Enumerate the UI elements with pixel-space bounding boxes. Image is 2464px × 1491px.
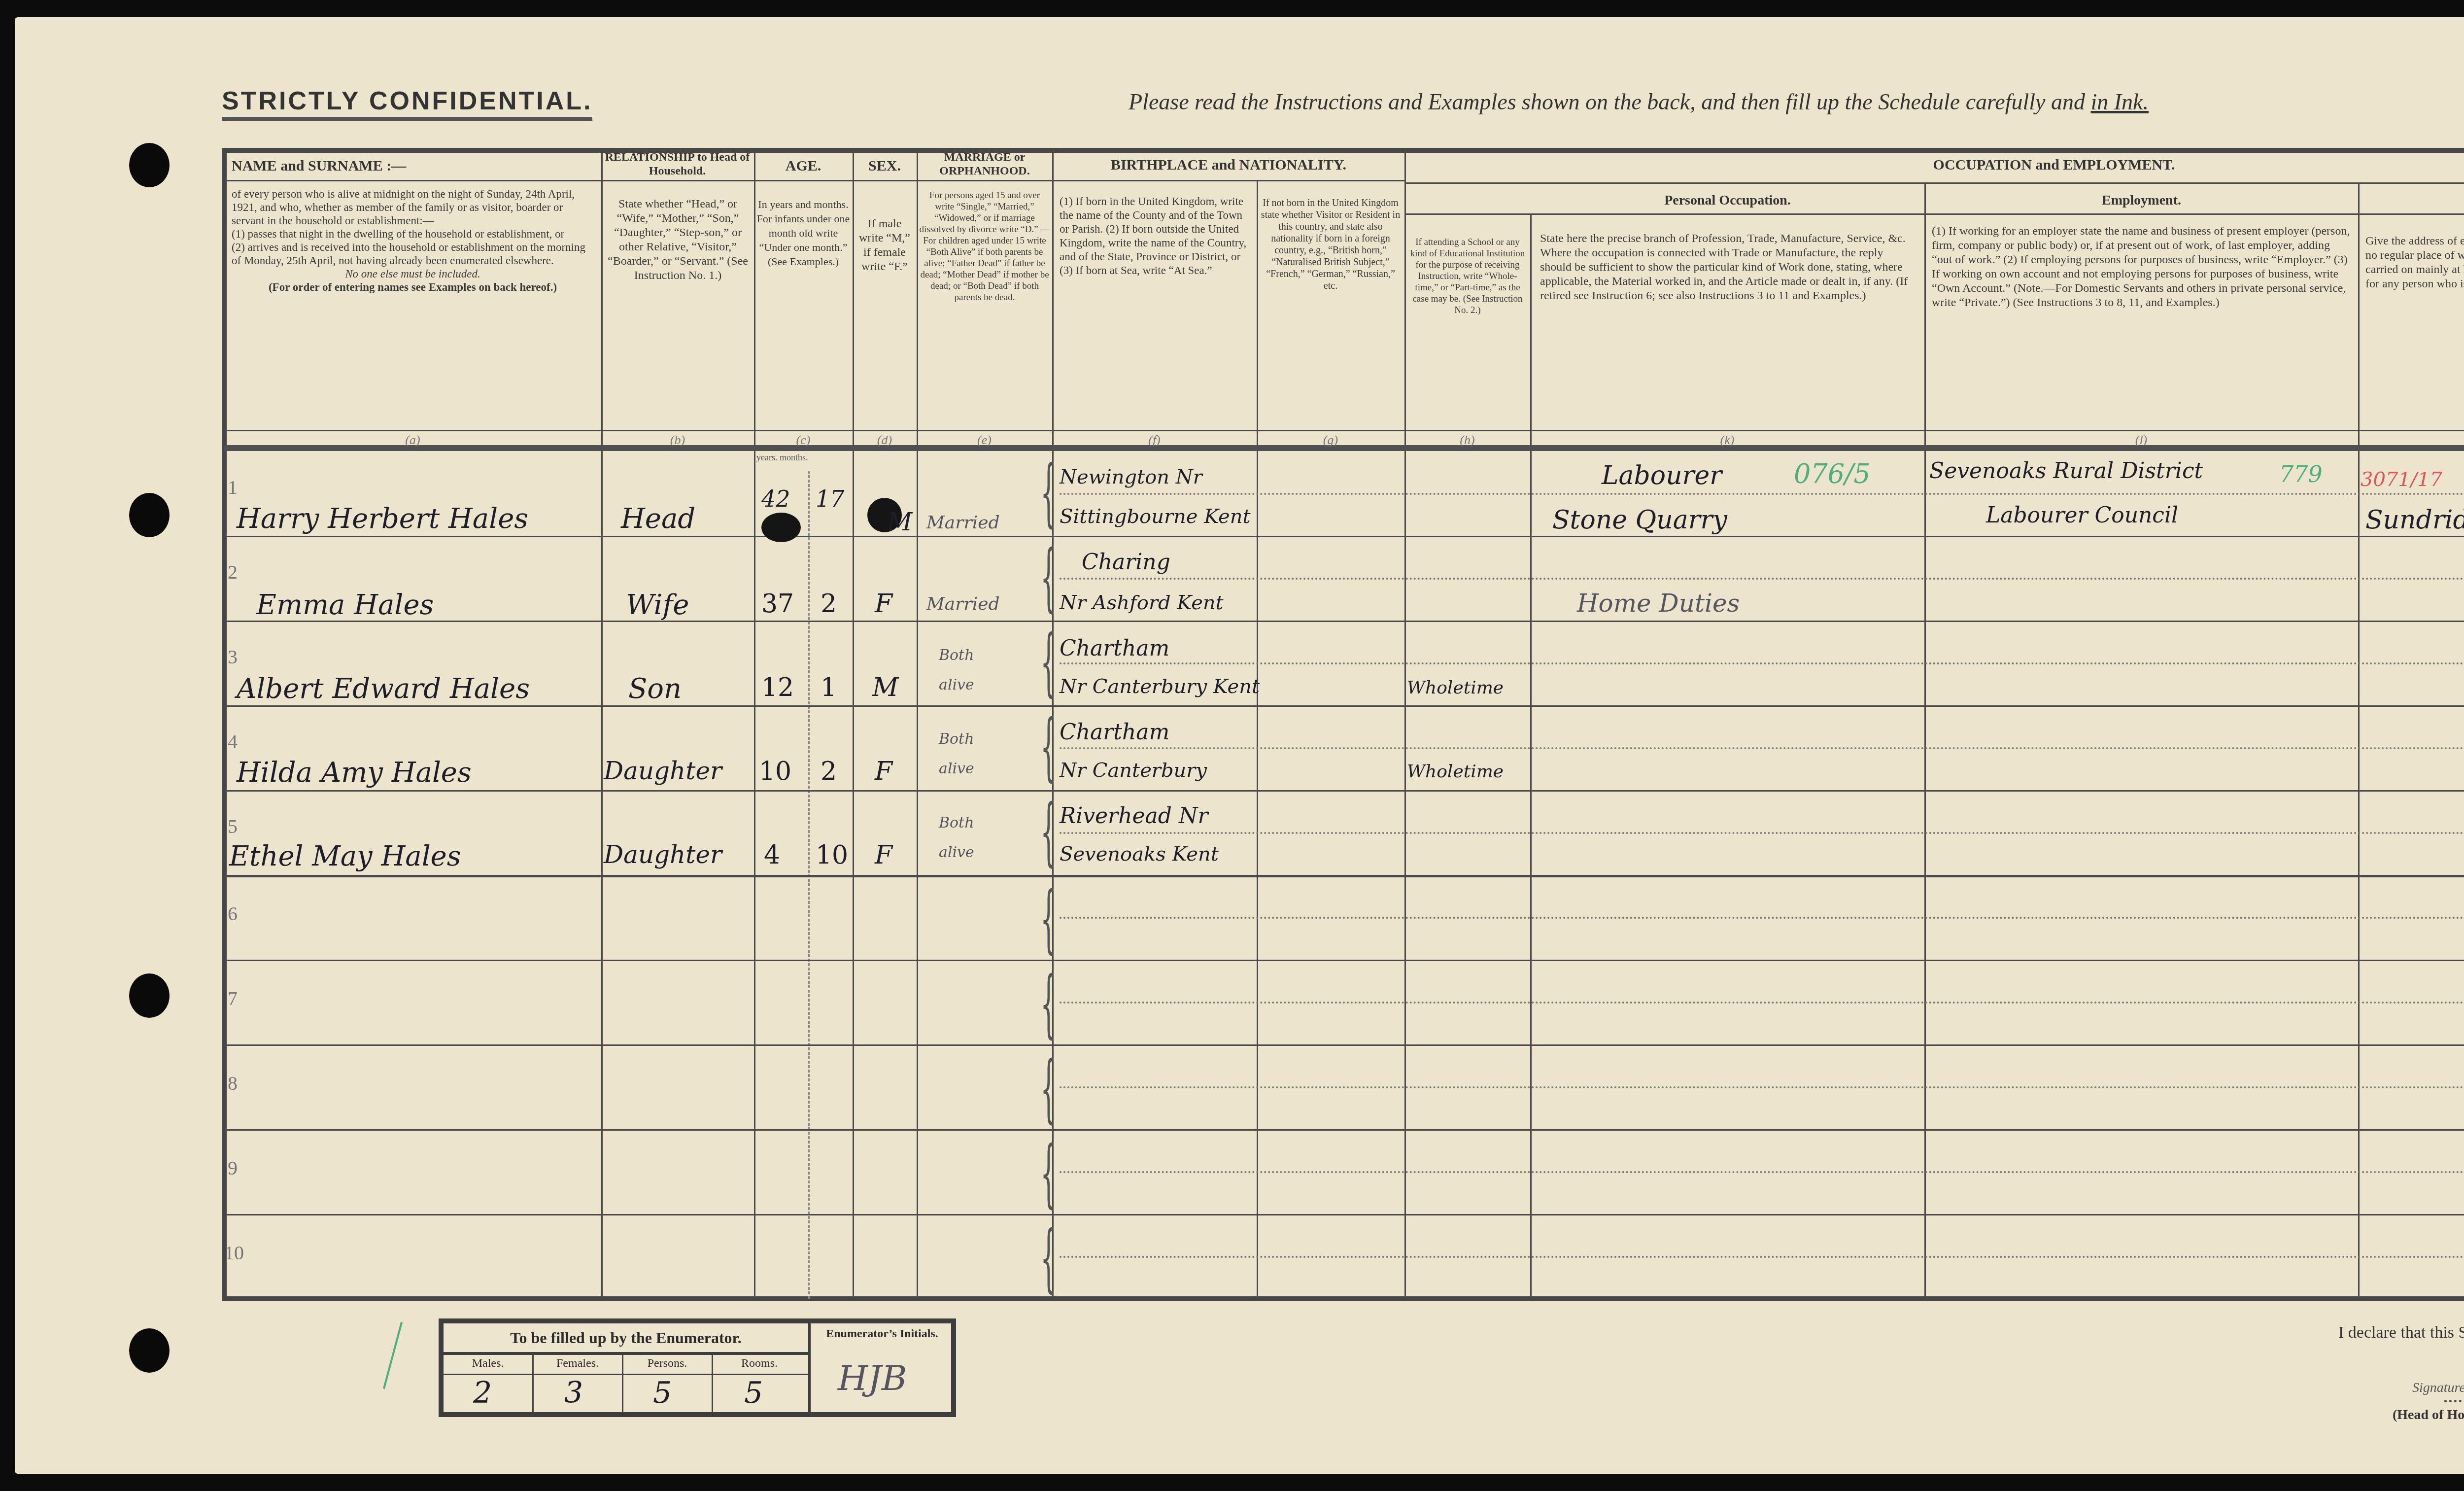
col-letter: (e) (917, 433, 1052, 448)
col-letter: (l) (1924, 433, 2358, 448)
school-attendance: Wholetime (1407, 678, 1504, 698)
age-years: 42 (761, 485, 790, 512)
brace: { (1040, 625, 1057, 699)
males-label: Males. (444, 1357, 532, 1370)
persons-label: Persons. (623, 1357, 712, 1370)
person-name: Emma Hales (256, 589, 434, 621)
age-subheader: years. months. (756, 452, 808, 463)
marriage-status: Both alive (939, 725, 1013, 784)
signature-label: Signature (2412, 1380, 2464, 1396)
col-k-instructions: State here the precise branch of Profess… (1540, 232, 1917, 303)
birthplace-line2: Sevenoaks Kent (1060, 843, 1219, 866)
females-count: 3 (564, 1376, 583, 1410)
enumerator-summary-box: To be filled up by the Enumerator. Enume… (439, 1318, 956, 1417)
header-rule (1052, 180, 1404, 181)
col-c-instructions: In years and months. For infants under o… (756, 197, 850, 269)
birthplace-line1: Charing (1082, 550, 1170, 575)
marriage-status: Both alive (939, 641, 1013, 700)
row-number: 7 (228, 987, 238, 1010)
marriage-status: Both alive (939, 808, 1013, 867)
enumerator-initials: HJB (838, 1358, 907, 1398)
mid-row-dotted (1060, 662, 2464, 664)
col-letter: (c) (754, 433, 853, 448)
col-m-title: Place of Work. (2359, 192, 2464, 209)
birthplace-line1: Riverhead Nr (1060, 803, 1208, 829)
mid-row-dotted (1060, 1086, 2464, 1088)
col-divider (1404, 150, 1406, 1299)
in-ink-emphasis: in Ink. (2090, 89, 2149, 114)
row-rule (224, 790, 2464, 792)
signature-note: (Head of Household, Manager of Establish… (2393, 1407, 2464, 1423)
sex: M (872, 673, 898, 702)
row-rule (224, 1129, 2464, 1131)
declaration-text: I declare that this Schedule is correctl… (2338, 1323, 2464, 1342)
place-of-work: Sundridge (2365, 505, 2464, 535)
col-letter: (f) (1052, 433, 1257, 448)
brace: { (1040, 710, 1057, 784)
age-years: 4 (764, 840, 780, 870)
header-rule (1404, 213, 1924, 215)
brace: { (1040, 795, 1057, 869)
birthplace-line2: Nr Canterbury (1060, 759, 1207, 782)
col-h-instructions: If attending a School or any kind of Edu… (1407, 237, 1528, 316)
enumerator-summary-title: To be filled up by the Enumerator. (444, 1323, 808, 1355)
relationship: Daughter (604, 757, 722, 785)
col-klm-title: OCCUPATION and EMPLOYMENT. (1405, 157, 2464, 173)
brace: { (1040, 882, 1057, 956)
person-name: Harry Herbert Hales (237, 503, 528, 535)
relationship: Wife (626, 589, 689, 621)
age-years: 12 (761, 673, 794, 702)
col-divider (917, 150, 918, 1299)
school-attendance: Wholetime (1407, 762, 1504, 782)
brace: { (1040, 1221, 1057, 1295)
age-months-divider (808, 471, 810, 1299)
mid-row-dotted (1060, 1002, 2464, 1004)
summary-divider (532, 1355, 534, 1412)
rooms-label: Rooms. (713, 1357, 806, 1370)
age-years: 10 (759, 757, 791, 786)
sex: M (887, 508, 912, 536)
row-number: 3 (228, 645, 238, 668)
col-letter: (k) (1530, 433, 1924, 448)
col-e-title: MARRIAGE or ORPHANHOOD. (918, 150, 1052, 178)
brace: { (1040, 967, 1057, 1041)
header-rule (1404, 182, 2464, 184)
col-letter: (b) (601, 433, 754, 448)
birthplace-line2: Nr Ashford Kent (1060, 591, 1224, 614)
summary-grid: Males. Females. Persons. Rooms. 2 3 5 5 (444, 1355, 808, 1412)
col-divider (853, 150, 854, 1299)
enumerator-initials-divider (808, 1323, 811, 1412)
col-letter: (m) (2358, 433, 2464, 448)
punch-hole (129, 143, 170, 187)
occupation-line2: Stone Quarry (1552, 505, 1727, 535)
birthplace-line1: Chartham (1060, 636, 1169, 661)
col-fg-title: BIRTHPLACE and NATIONALITY. (1053, 157, 1404, 173)
col-divider (1924, 182, 1926, 1299)
col-l-instructions: (1) If working for an employer state the… (1932, 224, 2351, 310)
summary-divider (712, 1355, 713, 1412)
row-rule (224, 536, 2464, 537)
employment-code: 779 (2279, 461, 2323, 487)
punch-hole (129, 1328, 170, 1373)
row-rule (224, 960, 2464, 961)
birthplace-line2: Nr Canterbury Kent (1060, 675, 1260, 698)
occupation-line1: Home Duties (1577, 589, 1740, 618)
relationship: Daughter (604, 840, 722, 869)
marriage-status: Married (926, 513, 1000, 533)
row-number: 4 (228, 730, 238, 753)
ink-blot (761, 513, 801, 542)
brace: { (1040, 456, 1057, 530)
header-rule (224, 430, 2464, 431)
row-rule (224, 621, 2464, 622)
age-months: 2 (821, 589, 837, 619)
col-g-instructions: If not born in the United Kingdom state … (1259, 197, 1402, 292)
mid-row-dotted (1060, 578, 2464, 580)
confidential-heading: STRICTLY CONFIDENTIAL. (222, 86, 592, 121)
household-schedule-table (222, 148, 2464, 1301)
birthplace-line1: Chartham (1060, 720, 1169, 745)
employment-line1: Sevenoaks Rural District (1929, 458, 2203, 484)
age-months: 10 (816, 840, 848, 870)
persons-count: 5 (653, 1376, 672, 1410)
col-letter: (h) (1404, 433, 1530, 448)
sex: F (875, 840, 892, 870)
col-b-instructions: State whether “Head,” or “Wife,” “Mother… (605, 197, 751, 283)
relationship: Head (621, 503, 695, 535)
rooms-count: 5 (744, 1376, 763, 1410)
mid-row-dotted (1060, 493, 2464, 495)
age-months: 2 (821, 757, 837, 786)
age-months: 17 (816, 485, 845, 512)
brace: { (1040, 1137, 1057, 1211)
sex: F (875, 757, 892, 786)
col-divider (1257, 180, 1258, 1299)
col-d-title: SEX. (854, 158, 916, 174)
birthplace-line1: Newington Nr (1060, 466, 1202, 488)
header-rule (224, 180, 1052, 181)
mid-row-dotted (1060, 1256, 2464, 1258)
instructions-line: Please read the Instructions and Example… (1129, 89, 2149, 115)
col-letter: (d) (853, 433, 917, 448)
mid-row-dotted (1060, 832, 2464, 834)
row-rule (224, 705, 2464, 707)
enumerator-initials-label: Enumerator’s Initials. (811, 1327, 954, 1341)
row-number: 1 (228, 476, 238, 499)
summary-rule (444, 1374, 808, 1375)
col-letter: (g) (1257, 433, 1404, 448)
summary-divider (622, 1355, 623, 1412)
col-b-title: RELATIONSHIP to Head of Household. (602, 150, 753, 178)
col-f-instructions: (1) If born in the United Kingdom, write… (1060, 195, 1253, 277)
row-rule (224, 1044, 2464, 1046)
row-number: 6 (228, 902, 238, 925)
col-divider (2358, 182, 2360, 1299)
col-l-title: Employment. (1925, 192, 2358, 209)
row-number: 8 (228, 1072, 238, 1095)
row-number: 2 (228, 560, 238, 584)
occupation-code: 076/5 (1794, 458, 1871, 489)
punch-hole (129, 493, 170, 537)
person-name: Albert Edward Hales (237, 673, 530, 705)
row-number: 9 (228, 1156, 238, 1179)
row-rule (224, 875, 2464, 877)
age-years: 37 (761, 589, 794, 619)
header-rule (1924, 213, 2464, 215)
sex: F (875, 589, 892, 619)
col-letter: (a) (224, 433, 601, 448)
col-divider (754, 150, 755, 1299)
birthplace-line2: Sittingbourne Kent (1060, 505, 1251, 528)
punch-hole (129, 973, 170, 1018)
row-number: 5 (228, 815, 238, 838)
employment-line2: Labourer Council (1986, 503, 2178, 528)
mid-row-dotted (1060, 747, 2464, 749)
occupation-line1: Labourer (1602, 461, 1722, 490)
females-label: Females. (533, 1357, 622, 1370)
col-a-title: NAME and SURNAME :— (232, 158, 596, 174)
col-e-instructions: For persons aged 15 and over write “Sing… (919, 190, 1050, 303)
col-m-instructions: Give the address of each person’s place … (2365, 234, 2464, 291)
marriage-status: Married (926, 594, 1000, 614)
col-divider (601, 150, 603, 1299)
col-divider (1530, 214, 1532, 1299)
row-rule (224, 1214, 2464, 1215)
col-c-title: AGE. (755, 158, 852, 174)
mid-row-dotted (1060, 917, 2464, 919)
males-count: 2 (473, 1376, 492, 1410)
col-k-title: Personal Occupation. (1531, 192, 1924, 209)
brace: { (1040, 1052, 1057, 1126)
col-a-instructions: of every person who is alive at midnight… (232, 187, 594, 294)
signature-line (2444, 1400, 2464, 1402)
brace: { (1040, 541, 1057, 615)
age-months: 1 (821, 673, 837, 702)
place-code: 3071/17 (2361, 468, 2442, 491)
relationship: Son (628, 673, 682, 705)
col-d-instructions: If male write “M,” if female write “F.” (855, 217, 914, 274)
person-name: Ethel May Hales (229, 840, 461, 872)
row-number: 10 (224, 1241, 244, 1264)
mid-row-dotted (1060, 1171, 2464, 1173)
person-name: Hilda Amy Hales (237, 757, 472, 789)
